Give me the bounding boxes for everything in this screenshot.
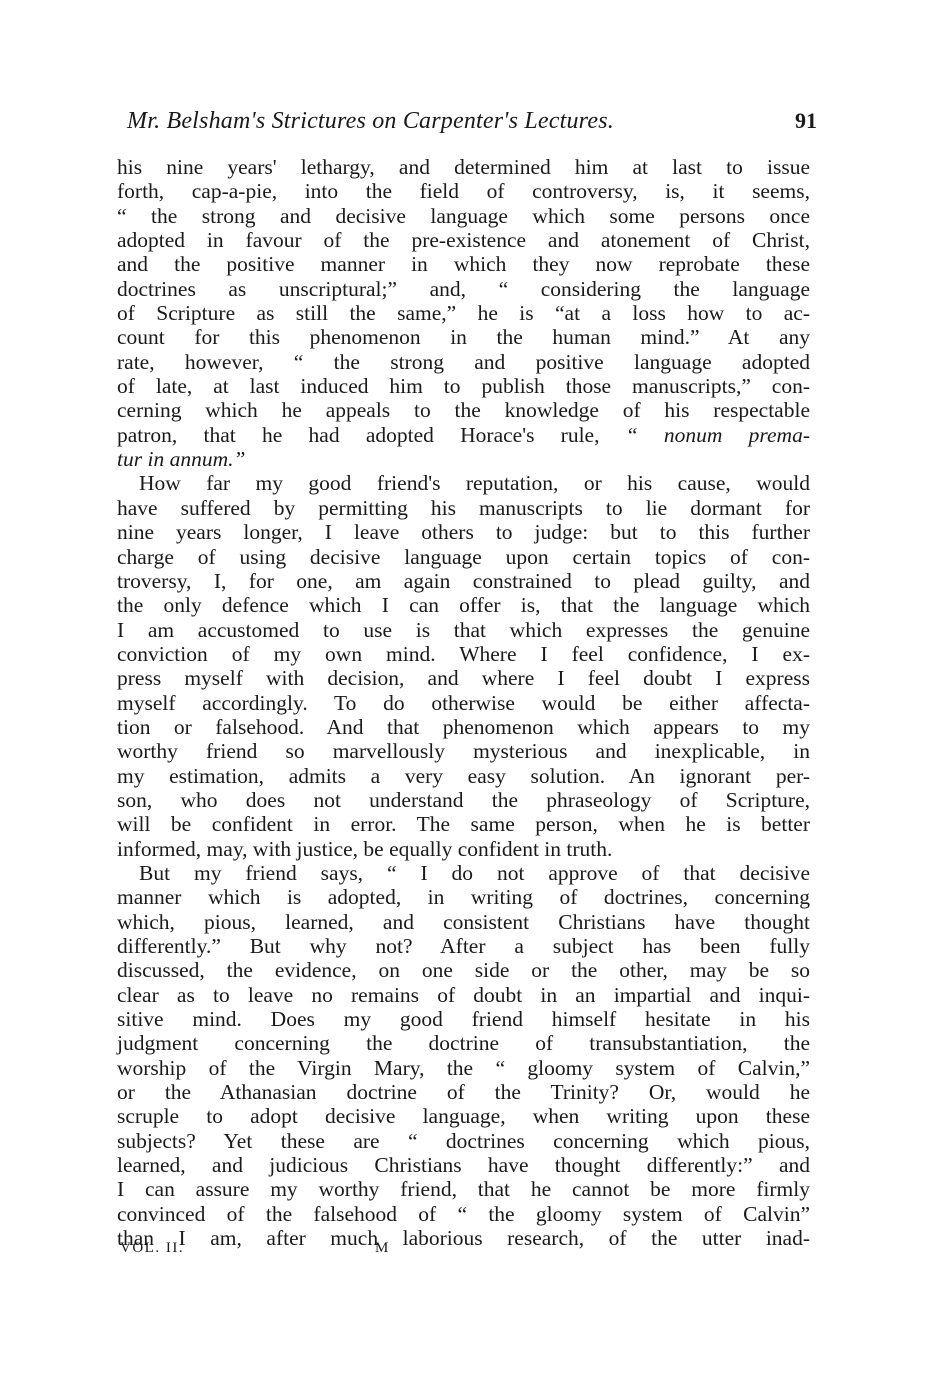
text-line: of late, at last induced him to publish … (117, 374, 810, 398)
text-line: “ the strong and decisive language which… (117, 204, 810, 228)
text-line: rate, however, “ the strong and positive… (117, 350, 810, 374)
text-line: count for this phenomenon in the human m… (117, 325, 810, 349)
text-line: worthy friend so marvellously mysterious… (117, 739, 810, 763)
paragraph-1: his nine years' lethargy, and determined… (117, 155, 810, 471)
text-line: have suffered by permitting his manuscri… (117, 496, 810, 520)
latin-quote: “ nonum prema- (626, 423, 810, 447)
text-line: differently.” But why not? After a subje… (117, 934, 810, 958)
text-line: forth, cap-a-pie, into the field of cont… (117, 179, 810, 203)
text-line: of Scripture as still the same,” he is “… (117, 301, 810, 325)
text-line: or the Athanasian doctrine of the Trinit… (117, 1080, 810, 1104)
text-line: manner which is adopted, in writing of d… (117, 885, 810, 909)
text-line: subjects? Yet these are “ doctrines conc… (117, 1129, 810, 1153)
text-line: cerning which he appeals to the knowledg… (117, 398, 810, 422)
text-line: tion or falsehood. And that phenomenon w… (117, 715, 810, 739)
text-line: learned, and judicious Christians have t… (117, 1153, 810, 1177)
text-line: But my friend says, “ I do not approve o… (117, 861, 810, 885)
text-line: clear as to leave no remains of doubt in… (117, 983, 810, 1007)
text-line: sitive mind. Does my good friend himself… (117, 1007, 810, 1031)
text-line: adopted in favour of the pre-existence a… (117, 228, 810, 252)
text-line: my estimation, admits a very easy soluti… (117, 764, 810, 788)
text-line: conviction of my own mind. Where I feel … (117, 642, 810, 666)
text-line: his nine years' lethargy, and determined… (117, 155, 810, 179)
paragraph-3: But my friend says, “ I do not approve o… (117, 861, 810, 1251)
text-line: will be confident in error. The same per… (117, 812, 810, 836)
text-line: which, pious, learned, and consistent Ch… (117, 910, 810, 934)
running-title: Mr. Belsham's Strictures on Carpenter's … (127, 108, 614, 135)
text-line: and the positive manner in which they no… (117, 252, 810, 276)
text-line: How far my good friend's reputation, or … (117, 471, 810, 495)
volume-signature: VOL. II. (120, 1240, 184, 1257)
text-line: press myself with decision, and where I … (117, 666, 810, 690)
body-text: his nine years' lethargy, and determined… (117, 155, 810, 1250)
text-line: convinced of the falsehood of “ the gloo… (117, 1202, 810, 1226)
book-page: Mr. Belsham's Strictures on Carpenter's … (0, 0, 942, 1374)
text-fragment: patron, that he had adopted Horace's rul… (117, 423, 626, 447)
text-line: informed, may, with justice, be equally … (117, 837, 810, 861)
text-line: I am accustomed to use is that which exp… (117, 618, 810, 642)
signature-mark: M (375, 1240, 388, 1257)
text-line: son, who does not understand the phraseo… (117, 788, 810, 812)
text-line: charge of using decisive language upon c… (117, 545, 810, 569)
page-footer: VOL. II. M (120, 1240, 720, 1264)
latin-quote-end: tur in annum.” (117, 447, 810, 471)
text-line: nine years longer, I leave others to jud… (117, 520, 810, 544)
text-line: worship of the Virgin Mary, the “ gloomy… (117, 1056, 810, 1080)
text-line: troversy, I, for one, am again constrain… (117, 569, 810, 593)
text-line: doctrines as unscriptural;” and, “ consi… (117, 277, 810, 301)
text-line: discussed, the evidence, on one side or … (117, 958, 810, 982)
page-number: 91 (795, 108, 817, 134)
text-line: I can assure my worthy friend, that he c… (117, 1177, 810, 1201)
text-line: scruple to adopt decisive language, when… (117, 1104, 810, 1128)
text-line: patron, that he had adopted Horace's rul… (117, 423, 810, 447)
running-head: Mr. Belsham's Strictures on Carpenter's … (117, 108, 817, 138)
text-line: myself accordingly. To do otherwise woul… (117, 691, 810, 715)
text-line: judgment concerning the doctrine of tran… (117, 1031, 810, 1055)
paragraph-2: How far my good friend's reputation, or … (117, 471, 810, 861)
text-line: the only defence which I can offer is, t… (117, 593, 810, 617)
